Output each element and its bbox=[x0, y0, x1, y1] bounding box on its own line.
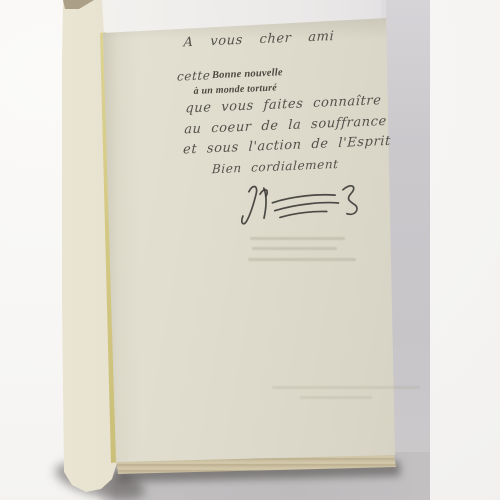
book-photo: A vous cher ami cette Bonne nouvelle à u… bbox=[0, 0, 500, 500]
printed-title-line-2: à un monde torturé bbox=[193, 82, 277, 96]
dedication-line-1: A vous cher ami bbox=[183, 29, 334, 50]
show-through-text-ghost bbox=[300, 396, 372, 399]
dedication-line-5: et sous l'action de l'Esprit bbox=[183, 134, 391, 158]
dedication-word-cette: cette bbox=[177, 68, 211, 83]
dedication-closing: Bien cordialement bbox=[212, 157, 339, 176]
dedication-line-3: que vous faites connaître bbox=[185, 93, 382, 116]
printed-title-line-1: Bonne nouvelle bbox=[212, 67, 283, 81]
handwritten-dedication: A vous cher ami cette Bonne nouvelle à u… bbox=[120, 18, 410, 280]
author-signature-scrawl bbox=[234, 177, 364, 230]
dedication-line-4: au coeur de la souffrance bbox=[184, 114, 387, 138]
show-through-text-ghost bbox=[272, 386, 420, 389]
